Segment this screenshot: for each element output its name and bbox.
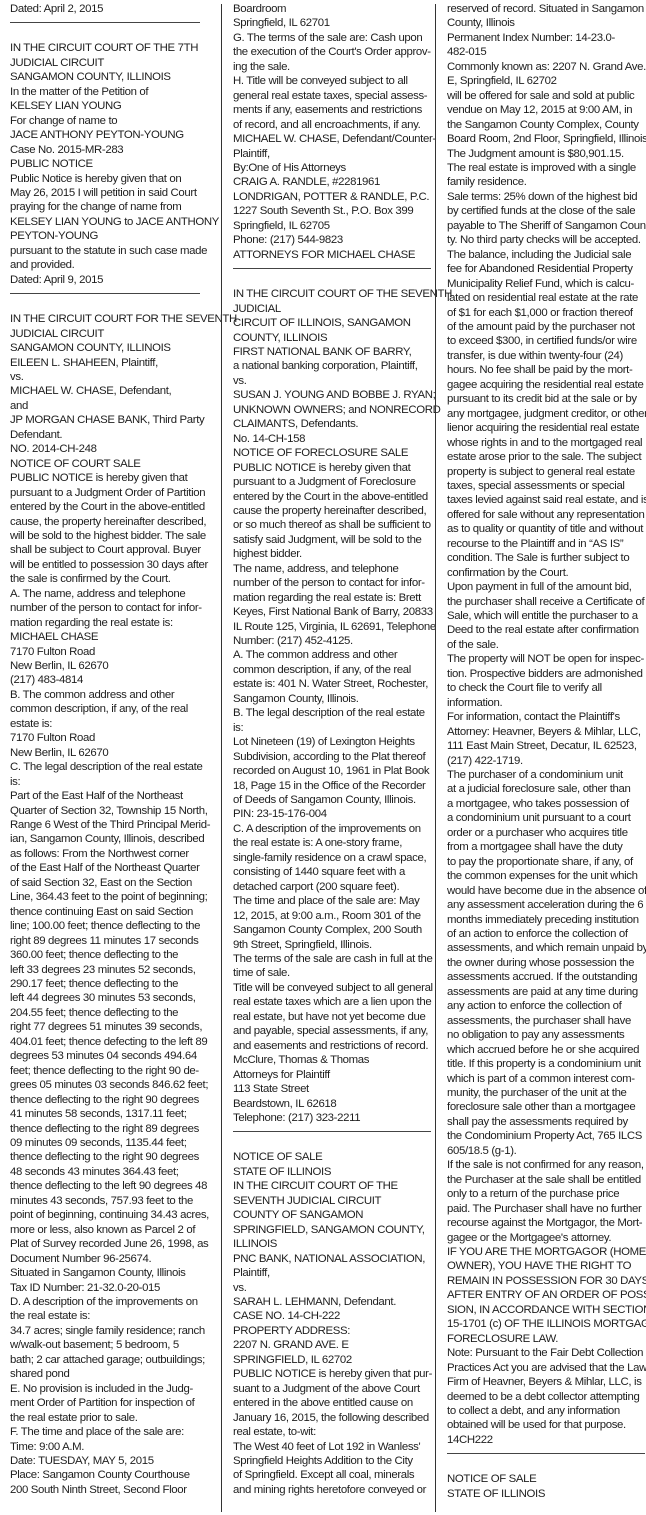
notice-court-sale-shaheen-v-chase: IN THE CIRCUIT COURT FOR THE SEVENTHJUDI… xyxy=(10,312,205,1497)
notice-text-line: paid. The Purchaser shall have no furthe… xyxy=(447,1202,646,1216)
notice-text-line: vs. xyxy=(233,1281,433,1295)
divider-rule xyxy=(10,22,200,23)
notice-text-line: SARAH L. LEHMANN, Defendant. xyxy=(233,1295,433,1309)
notice-text-line: minutes 43 seconds, 757.93 feet to the xyxy=(10,1194,205,1208)
notice-text-line: ment Order of Partition for inspection o… xyxy=(10,1396,205,1410)
notice-text-line: 34.7 acres; single family residence; ran… xyxy=(10,1324,205,1338)
notice-text-line: real estate taxes which are a lien upon … xyxy=(233,995,433,1009)
notice-text-line: fee for Abandoned Residential Property xyxy=(447,262,646,276)
notice-text-line: McClure, Thomas & Thomas xyxy=(233,1053,433,1067)
notice-text-line: OWNER), YOU HAVE THE RIGHT TO xyxy=(447,1259,646,1273)
notice-text-line: STATE OF ILLINOIS xyxy=(233,1165,433,1179)
notice-text-line: Springfield, IL 62705 xyxy=(233,219,433,233)
notice-text-line: PUBLIC NOTICE is hereby given that xyxy=(10,471,205,485)
notice-text-line: common description, if any, of the real xyxy=(233,663,433,677)
notice-text-line: will be entitled to possession 30 days a… xyxy=(10,558,205,572)
notice-text-line: IN THE CIRCUIT COURT FOR THE SEVENTH xyxy=(10,312,205,326)
notice-text-line: The Judgment amount is $80,901.15. xyxy=(447,147,646,161)
notice-text-line: the Sangamon County Complex, County xyxy=(447,118,646,132)
notice-text-line: detached carport (200 square feet). xyxy=(233,880,433,894)
notice-text-line: JP MORGAN CHASE BANK, Third Party xyxy=(10,413,205,427)
notice-text-line: JUDICIAL CIRCUIT xyxy=(10,56,205,70)
notice-text-line: the real estate prior to sale. xyxy=(10,1411,205,1425)
notice-text-line: recorded on August 10, 1961 in Plat Book xyxy=(233,764,433,778)
notice-text-line: Keyes, First National Bank of Barry, 208… xyxy=(233,605,433,619)
notice-text-line: LONDRIGAN, POTTER & RANDLE, P.C. xyxy=(233,190,433,204)
notice-text-line: (217) 483-4814 xyxy=(10,673,205,687)
notice-text-line: Lot Nineteen (19) of Lexington Heights xyxy=(233,735,433,749)
legal-notices-page: Dated: April 2, 2015 IN THE CIRCUIT COUR… xyxy=(0,0,646,1515)
notice-text-line: JACE ANTHONY PEYTON-YOUNG xyxy=(10,128,205,142)
notice-text-line: cause, the property hereinafter describe… xyxy=(10,515,205,529)
notice-text-line: A. The name, address and telephone xyxy=(10,587,205,601)
notice-text-line: more or less, also known as Parcel 2 of xyxy=(10,1223,205,1237)
notice-text-line: F. The time and place of the sale are: xyxy=(10,1425,205,1439)
notice-text-line: 09 minutes 09 seconds, 1135.44 feet; xyxy=(10,1136,205,1150)
notice-text-line: SEVENTH JUDICIAL CIRCUIT xyxy=(233,1194,433,1208)
notice-text-line: 2207 N. GRAND AVE. E xyxy=(233,1338,433,1352)
notice-text-line: suant to a Judgment of the above Court xyxy=(233,1382,433,1396)
notice-text-line: 1227 South Seventh St., P.O. Box 399 xyxy=(233,204,433,218)
notice-text-line: 204.55 feet; thence deflecting to the xyxy=(10,1006,205,1020)
notice-text-line: thence continuing East on said Section xyxy=(10,905,205,919)
notice-text-line: pursuant to a Judgment of Foreclosure xyxy=(233,475,433,489)
notice-text-line: Note: Pursuant to the Fair Debt Collecti… xyxy=(447,1346,646,1360)
notice-text-line: Deed to the real estate after confirmati… xyxy=(447,623,646,637)
notice-text-line: vs. xyxy=(10,370,205,384)
notice-text-line: KELSEY LIAN YOUNG to JACE ANTHONY xyxy=(10,215,205,229)
notice-text-line: Place: Sangamon County Courthouse xyxy=(10,1468,205,1482)
notice-text-line: The time and place of the sale are: May xyxy=(233,894,433,908)
notice-text-line: mation regarding the real estate is: Bre… xyxy=(233,591,433,605)
notice-text-line: Subdivision, according to the Plat there… xyxy=(233,750,433,764)
notice-text-line: 404.01 feet; thence defecting to the lef… xyxy=(10,1035,205,1049)
notice-text-line: assessments, the purchaser shall have xyxy=(447,1014,646,1028)
divider-rule xyxy=(233,268,431,269)
notice-text-line: a mortgagee, who takes possession of xyxy=(447,797,646,811)
notice-text-line: EILEEN L. SHAHEEN, Plaintiff, xyxy=(10,356,205,370)
notice-text-line: New Berlin, IL 62670 xyxy=(10,746,205,760)
notice-text-line: SANGAMON COUNTY, ILLINOIS xyxy=(10,70,205,84)
notice-text-line: of the amount paid by the purchaser not xyxy=(447,320,646,334)
notice-text-line: May 26, 2015 I will petition in said Cou… xyxy=(10,186,205,200)
notice-text-line: vs. xyxy=(233,374,433,388)
notice-text-line: to collect a debt, and any information xyxy=(447,1404,646,1418)
notice-text-line: 111 East Main Street, Decatur, IL 62523, xyxy=(447,739,646,753)
column-3: reserved of record. Situated in Sangamon… xyxy=(435,4,646,1512)
notice-text-line: from a mortgagee shall have the duty xyxy=(447,840,646,854)
notice-text-line: IN THE CIRCUIT COURT OF THE 7TH xyxy=(10,41,205,55)
notice-text-line: NOTICE OF FORECLOSURE SALE xyxy=(233,446,433,460)
notice-text-line: ty. No third party checks will be accept… xyxy=(447,233,646,247)
notice-text-line: pursuant to a Judgment Order of Partitio… xyxy=(10,486,205,500)
notice-text-line: pursuant to the statute in such case mad… xyxy=(10,244,205,258)
notice-text-line: offered for sale without any representat… xyxy=(447,508,646,522)
notice-text-line: Sale, which will entitle the purchaser t… xyxy=(447,609,646,623)
notice-text-line: tion. Prospective bidders are admonished xyxy=(447,667,646,681)
notice-text-line: County, Illinois xyxy=(447,16,646,30)
notice-text-line: For information, contact the Plaintiff's xyxy=(447,710,646,724)
notice-text-line: which is part of a common interest com- xyxy=(447,1072,646,1086)
notice-text-line: entered by the Court in the above-entitl… xyxy=(10,500,205,514)
notice-text-line: will be sold to the highest bidder. The … xyxy=(10,529,205,543)
notice-text-line: NOTICE OF COURT SALE xyxy=(10,457,205,471)
notice-text-line: IN THE CIRCUIT COURT OF THE SEVENTH xyxy=(233,287,433,301)
notice-text-line: number of the person to contact for info… xyxy=(10,601,205,615)
notice-text-line: COUNTY, ILLINOIS xyxy=(233,331,433,345)
notice-court-sale-continued: BoardroomSpringfield, IL 62701G. The ter… xyxy=(233,2,433,262)
notice-text-line: JUDICIAL xyxy=(233,302,433,316)
notice-text-line: reserved of record. Situated in Sangamon xyxy=(447,2,646,16)
notice-text-line: E. No provision is included in the Judg- xyxy=(10,1382,205,1396)
notice-text-line: New Berlin, IL 62670 xyxy=(10,659,205,673)
notice-text-line: Title will be conveyed subject to all ge… xyxy=(233,981,433,995)
notice-text-line: 7170 Fulton Road xyxy=(10,645,205,659)
notice-text-line: PROPERTY ADDRESS: xyxy=(233,1324,433,1338)
notice-text-line: point of beginning, continuing 34.43 acr… xyxy=(10,1208,205,1222)
divider-rule xyxy=(447,1453,645,1454)
notice-text-line: A. The common address and other xyxy=(233,648,433,662)
notice-text-line: recourse to the Plaintiff and in “AS IS” xyxy=(447,537,646,551)
notice-text-line: IF YOU ARE THE MORTGAGOR (HOME- xyxy=(447,1245,646,1259)
notice-text-line: entered in the above entitled cause on xyxy=(233,1396,433,1410)
notice-text-line: Sangamon County, Illinois. xyxy=(233,692,433,706)
notice-text-line: left 44 degrees 30 minutes 53 seconds, xyxy=(10,991,205,1005)
notice-text-line: praying for the change of name from xyxy=(10,200,205,214)
divider-rule xyxy=(233,1131,431,1132)
notice-text-line: recourse against the Mortgagor, the Mort… xyxy=(447,1216,646,1230)
notice-text-line: Part of the East Half of the Northeast xyxy=(10,789,205,803)
notice-text-line: of Springfield. Except all coal, mineral… xyxy=(233,1468,433,1482)
notice-text-line: to exceed $300, in certified funds/or wi… xyxy=(447,334,646,348)
notice-text-line: of the sale. xyxy=(447,638,646,652)
notice-text-line: or so much thereof as shall be sufficien… xyxy=(233,518,433,532)
divider-rule xyxy=(10,293,200,294)
notice-text-line: property is subject to general real esta… xyxy=(447,465,646,479)
notice-text-line: Commonly known as: 2207 N. Grand Ave. xyxy=(447,60,646,74)
notice-text-line: any mortgagee, judgment creditor, or oth… xyxy=(447,407,646,421)
notice-text-line: MICHAEL CHASE xyxy=(10,630,205,644)
notice-text-line: of the East Half of the Northeast Quarte… xyxy=(10,861,205,875)
notice-sale-pnc-v-lehmann-continued: reserved of record. Situated in Sangamon… xyxy=(447,2,646,1447)
notice-text-line: estate arose prior to the sale. The subj… xyxy=(447,450,646,464)
notice-text-line: Number: (217) 452-4125. xyxy=(233,634,433,648)
notice-text-line: Firm of Heavner, Beyers & Mihlar, LLC, i… xyxy=(447,1375,646,1389)
notice-text-line: UNKNOWN OWNERS; and NONRECORD xyxy=(233,403,433,417)
notice-text-line: NOTICE OF SALE xyxy=(447,1472,646,1486)
notice-text-line: Attorney: Heavner, Beyers & Mihlar, LLC, xyxy=(447,725,646,739)
notice-text-line: highest bidder. xyxy=(233,547,433,561)
notice-text-line: the common expenses for the unit which xyxy=(447,869,646,883)
notice-text-line: 18, Page 15 in the Office of the Recorde… xyxy=(233,779,433,793)
notice-text-line: Date: TUESDAY, MAY 5, 2015 xyxy=(10,1454,205,1468)
notice-text-line: KELSEY LIAN YOUNG xyxy=(10,99,205,113)
notice-text-line: right 77 degrees 51 minutes 39 seconds, xyxy=(10,1020,205,1034)
notice-text-line: Plaintiff, xyxy=(233,1266,433,1280)
notice-text-line: Springfield Heights Addition to the City xyxy=(233,1454,433,1468)
notice-text-line: PUBLIC NOTICE is hereby given that pur- xyxy=(233,1367,433,1381)
notice-text-line: obtained will be used for that purpose. xyxy=(447,1418,646,1432)
notice-text-line: Permanent Index Number: 14-23.0- xyxy=(447,31,646,45)
notice-text-line: hours. No fee shall be paid by the mort- xyxy=(447,363,646,377)
column-1: Dated: April 2, 2015 IN THE CIRCUIT COUR… xyxy=(10,2,205,1497)
notice-text-line: E, Springfield, IL 62702 xyxy=(447,74,646,88)
notice-text-line: (217) 422-1719. xyxy=(447,754,646,768)
notice-text-line: and payable, special assessments, if any… xyxy=(233,1024,433,1038)
notice-text-line: ian, Sangamon County, Illinois, describe… xyxy=(10,832,205,846)
notice-text-line: MICHAEL W. CHASE, Defendant, xyxy=(10,384,205,398)
notice-text-line: 15-1701 (c) OF THE ILLINOIS MORTGAGE xyxy=(447,1317,646,1331)
notice-foreclosure-first-national-bank-barry: IN THE CIRCUIT COURT OF THE SEVENTHJUDIC… xyxy=(233,287,433,1125)
notice-text-line: Document Number 96-25674. xyxy=(10,1252,205,1266)
notice-text-line: no obligation to pay any assessments xyxy=(447,1028,646,1042)
notice-text-line: gagee or the Mortgagee's attorney. xyxy=(447,1231,646,1245)
notice-text-line: thence deflecting to the right 90 degree… xyxy=(10,1150,205,1164)
notice-text-line: C. A description of the improvements on xyxy=(233,822,433,836)
notice-text-line: NO. 2014-CH-248 xyxy=(10,442,205,456)
notice-text-line: right 89 degrees 11 minutes 17 seconds xyxy=(10,934,205,948)
notice-text-line: order or a purchaser who acquires title xyxy=(447,826,646,840)
notice-text-line: real estate, but have not yet become due xyxy=(233,1010,433,1024)
notice-text-line: The property will NOT be open for inspec… xyxy=(447,652,646,666)
notice-text-line: pursuant to its credit bid at the sale o… xyxy=(447,392,646,406)
notice-text-line: JUDICIAL CIRCUIT xyxy=(10,327,205,341)
notice-text-line: which accrued before he or she acquired xyxy=(447,1043,646,1057)
notice-text-line: D. A description of the improvements on xyxy=(10,1295,205,1309)
notice-text-line: 290.17 feet; thence deflecting to the xyxy=(10,977,205,991)
notice-text-line: COUNTY OF SANGAMON xyxy=(233,1208,433,1222)
notice-text-line: Practices Act you are advised that the L… xyxy=(447,1361,646,1375)
notice-text-line: a national banking corporation, Plaintif… xyxy=(233,359,433,373)
notice-text-line: SPRINGFIELD, IL 62702 xyxy=(233,1353,433,1367)
notice-text-line: cause the property hereinafter described… xyxy=(233,504,433,518)
notice-text-line: shall be subject to Court approval. Buye… xyxy=(10,543,205,557)
notice-text-line: 482-015 xyxy=(447,45,646,59)
notice-text-line: IN THE CIRCUIT COURT OF THE xyxy=(233,1179,433,1193)
notice-text-line: the real estate is: xyxy=(10,1309,205,1323)
notice-text-line: the purchaser shall receive a Certificat… xyxy=(447,595,646,609)
notice-text-line: The purchaser of a condominium unit xyxy=(447,768,646,782)
notice-text-line: By:One of His Attorneys xyxy=(233,161,433,175)
notice-text-line: real estate, to-wit: xyxy=(233,1425,433,1439)
notice-text-line: Telephone: (217) 323-2211 xyxy=(233,1111,433,1125)
notice-text-line: of Deeds of Sangamon County, Illinois. xyxy=(233,793,433,807)
notice-text-line: title. If this property is a condominium… xyxy=(447,1057,646,1071)
notice-text-line: general real estate taxes, special asses… xyxy=(233,89,433,103)
notice-text-line: estate is: 401 N. Water Street, Rocheste… xyxy=(233,677,433,691)
notice-sale-pnc-v-lehmann: NOTICE OF SALESTATE OF ILLINOISIN THE CI… xyxy=(233,1150,433,1497)
notice-text-line: lated on residential real estate at the … xyxy=(447,291,646,305)
notice-text-line: line; 100.00 feet; thence deflecting to … xyxy=(10,919,205,933)
notice-text-line: assessments accrued. If the outstanding xyxy=(447,970,646,984)
notice-text-line: Springfield, IL 62701 xyxy=(233,16,433,30)
notice-text-line: degrees 53 minutes 04 seconds 494.64 xyxy=(10,1049,205,1063)
notice-text-line: would have become due in the absence of xyxy=(447,884,646,898)
notice-text-line: thence deflecting to the right 90 degree… xyxy=(10,1093,205,1107)
notice-text-line: The balance, including the Judicial sale xyxy=(447,248,646,262)
notice-text-line: ments if any, easements and restrictions xyxy=(233,103,433,117)
notice-text-line: 48 seconds 43 minutes 364.43 feet; xyxy=(10,1165,205,1179)
notice-text-line: any action to enforce the collection of xyxy=(447,999,646,1013)
notice-text-line: confirmation by the Court. xyxy=(447,566,646,580)
notice-text-line: the real estate is: A one-story frame, xyxy=(233,836,433,850)
notice-text-line: of said Section 32, East on the Section xyxy=(10,876,205,890)
notice-text-line: as to quality or quantity of title and w… xyxy=(447,522,646,536)
notice-text-line: Case No. 2015-MR-283 xyxy=(10,143,205,157)
notice-text-line: 14CH222 xyxy=(447,1433,646,1447)
notice-text-line: G. The terms of the sale are: Cash upon xyxy=(233,31,433,45)
notice-text-line: 9th Street, Springfield, Illinois. xyxy=(233,938,433,952)
notice-text-line: assessments are paid at any time during xyxy=(447,985,646,999)
notice-text-line: w/walk-out basement; 5 bedroom, 5 xyxy=(10,1338,205,1352)
notice-text-line: munity, the purchaser of the unit at the xyxy=(447,1086,646,1100)
notice-text-line: C. The legal description of the real est… xyxy=(10,760,205,774)
notice-text-line: Quarter of Section 32, Township 15 North… xyxy=(10,804,205,818)
notice-text-line: MICHAEL W. CHASE, Defendant/Counter- xyxy=(233,132,433,146)
notice-text-line: at a judicial foreclosure sale, other th… xyxy=(447,782,646,796)
notice-text-line: CRAIG A. RANDLE, #2281961 xyxy=(233,175,433,189)
notice-text-line: PUBLIC NOTICE xyxy=(10,157,205,171)
notice-text-line: Range 6 West of the Third Principal Meri… xyxy=(10,818,205,832)
notice-text-line: SION, IN ACCORDANCE WITH SECTION xyxy=(447,1303,646,1317)
notice-text-line: the Purchaser at the sale shall be entit… xyxy=(447,1173,646,1187)
notice-text-line: mation regarding the real estate is: xyxy=(10,616,205,630)
notice-text-line: time of sale. xyxy=(233,966,433,980)
notice-text-line: whose rights in and to the mortgaged rea… xyxy=(447,436,646,450)
notice-text-line: Plat of Survey recorded June 26, 1998, a… xyxy=(10,1237,205,1251)
notice-text-line: 41 minutes 58 seconds, 1317.11 feet; xyxy=(10,1107,205,1121)
notice-text-line: bath; 2 car attached garage; outbuilding… xyxy=(10,1353,205,1367)
notice-text-line: PUBLIC NOTICE is hereby given that xyxy=(233,461,433,475)
notice-text-line: 12, 2015, at 9:00 a.m., Room 301 of the xyxy=(233,909,433,923)
notice-text-line: The real estate is improved with a singl… xyxy=(447,161,646,175)
notice-text-line: will be offered for sale and sold at pub… xyxy=(447,89,646,103)
notice-text-line: grees 05 minutes 03 seconds 846.62 feet; xyxy=(10,1078,205,1092)
notice-text-line: of $1 for each $1,000 or fraction thereo… xyxy=(447,306,646,320)
notice-text-line: assessments, and which remain unpaid by xyxy=(447,941,646,955)
notice-text-line: ing the sale. xyxy=(233,60,433,74)
notice-text-line: SUSAN J. YOUNG AND BOBBE J. RYAN; xyxy=(233,388,433,402)
notice-text-line: condition. The Sale is further subject t… xyxy=(447,551,646,565)
notice-text-line: PEYTON-YOUNG xyxy=(10,229,205,243)
notice-text-line: shared pond xyxy=(10,1367,205,1381)
notice-text-line: is: xyxy=(10,775,205,789)
notice-text-line: If the sale is not confirmed for any rea… xyxy=(447,1158,646,1172)
notice-text-line: AFTER ENTRY OF AN ORDER OF POSSES- xyxy=(447,1288,646,1302)
notice-text-line: NOTICE OF SALE xyxy=(233,1150,433,1164)
notice-text-line: 360.00 feet; thence deflecting to the xyxy=(10,948,205,962)
notice-text-line: information. xyxy=(447,696,646,710)
notice-text-line: Plaintiff, xyxy=(233,147,433,161)
notice-text-line: The name, address, and telephone xyxy=(233,562,433,576)
notice-of-sale-next: NOTICE OF SALESTATE OF ILLINOIS xyxy=(447,1472,646,1501)
notice-text-line: Situated in Sangamon County, Illinois xyxy=(10,1266,205,1280)
notice-text-line: foreclosure sale other than a mortgagee xyxy=(447,1100,646,1114)
notice-text-line: Dated: April 9, 2015 xyxy=(10,273,205,287)
notice-text-line: thence deflecting to the left 90 degrees… xyxy=(10,1179,205,1193)
notice-text-line: and provided. xyxy=(10,258,205,272)
notice-text-line: payable to The Sheriff of Sangamon Coun- xyxy=(447,219,646,233)
notice-text-line: Public Notice is hereby given that on xyxy=(10,172,205,186)
notice-text-line: as follows: From the Northwest corner xyxy=(10,847,205,861)
notice-text-line: 200 South Ninth Street, Second Floor xyxy=(10,1483,205,1497)
notice-text-line: CASE NO. 14-CH-222 xyxy=(233,1309,433,1323)
notice-text-line: ATTORNEYS FOR MICHAEL CHASE xyxy=(233,248,433,262)
notice-dated-april-2: Dated: April 2, 2015 xyxy=(10,2,205,16)
notice-text-line: 7170 Fulton Road xyxy=(10,731,205,745)
notice-text-line: The West 40 feet of Lot 192 in Wanless' xyxy=(233,1440,433,1454)
notice-text-line: left 33 degrees 23 minutes 52 seconds, xyxy=(10,963,205,977)
notice-text-line: family residence. xyxy=(447,175,646,189)
notice-text-line: PNC BANK, NATIONAL ASSOCIATION, xyxy=(233,1252,433,1266)
notice-text-line: a condominium unit pursuant to a court xyxy=(447,811,646,825)
notice-text-line: Boardroom xyxy=(233,2,433,16)
notice-text-line: STATE OF ILLINOIS xyxy=(447,1487,646,1501)
notice-text-line: Tax ID Number: 21-32.0-20-015 xyxy=(10,1281,205,1295)
notice-text-line: feet; thence deflecting to the right 90 … xyxy=(10,1064,205,1078)
notice-text-line: the execution of the Court's Order appro… xyxy=(233,45,433,59)
notice-text-line: and mining rights heretofore conveyed or xyxy=(233,1483,433,1497)
notice-text-line: SPRINGFIELD, SANGAMON COUNTY, xyxy=(233,1223,433,1237)
notice-text-line: to check the Court file to verify all xyxy=(447,681,646,695)
notice-text-line: Line, 364.43 feet to the point of beginn… xyxy=(10,890,205,904)
notice-text-line: and easements and restrictions of record… xyxy=(233,1039,433,1053)
notice-name-change-young: IN THE CIRCUIT COURT OF THE 7THJUDICIAL … xyxy=(10,41,205,287)
notice-text-line: common description, if any, of the real xyxy=(10,702,205,716)
notice-text-line: CLAIMANTS, Defendants. xyxy=(233,417,433,431)
notice-text-line: thence deflecting to the right 89 degree… xyxy=(10,1122,205,1136)
notice-text-line: Beardstown, IL 62618 xyxy=(233,1097,433,1111)
notice-text-line: Time: 9:00 A.M. xyxy=(10,1440,205,1454)
notice-text-line: of an action to enforce the collection o… xyxy=(447,927,646,941)
notice-text-line: In the matter of the Petition of xyxy=(10,85,205,99)
notice-text-line: PIN: 23-15-176-004 xyxy=(233,807,433,821)
notice-text-line: Sale terms: 25% down of the highest bid xyxy=(447,190,646,204)
notice-text-line: of record, and all encroachments, if any… xyxy=(233,118,433,132)
notice-text-line: Defendant. xyxy=(10,428,205,442)
notice-text-line: January 16, 2015, the following describe… xyxy=(233,1411,433,1425)
notice-text-line: deemed to be a debt collector attempting xyxy=(447,1390,646,1404)
notice-text-line: No. 14-CH-158 xyxy=(233,432,433,446)
notice-text-line: SANGAMON COUNTY, ILLINOIS xyxy=(10,341,205,355)
notice-text-line: For change of name to xyxy=(10,114,205,128)
notice-text-line: REMAIN IN POSSESSION FOR 30 DAYS xyxy=(447,1274,646,1288)
notice-text-line: the sale is confirmed by the Court. xyxy=(10,572,205,586)
notice-text-line: estate is: xyxy=(10,717,205,731)
notice-text-line: the Condominium Property Act, 765 ILCS xyxy=(447,1129,646,1143)
notice-text-line: by certified funds at the close of the s… xyxy=(447,204,646,218)
notice-text-line: Municipality Relief Fund, which is calcu… xyxy=(447,277,646,291)
notice-text-line: FIRST NATIONAL BANK OF BARRY, xyxy=(233,345,433,359)
notice-text-line: Attorneys for Plaintiff xyxy=(233,1068,433,1082)
notice-text-line: gagee acquiring the residential real est… xyxy=(447,378,646,392)
notice-text-line: the owner during whose possession the xyxy=(447,956,646,970)
notice-text-line: 605/18.5 (g-1). xyxy=(447,1144,646,1158)
notice-text-line: B. The legal description of the real est… xyxy=(233,706,433,720)
notice-text-line: IL Route 125, Virginia, IL 62691, Teleph… xyxy=(233,620,433,634)
notice-text-line: to pay the proportionate share, if any, … xyxy=(447,855,646,869)
notice-text-line: consisting of 1440 square feet with a xyxy=(233,865,433,879)
notice-text-line: B. The common address and other xyxy=(10,688,205,702)
notice-text-line: Phone: (217) 544-9823 xyxy=(233,233,433,247)
notice-text-line: The terms of the sale are cash in full a… xyxy=(233,952,433,966)
notice-text-line: any assessment acceleration during the 6 xyxy=(447,898,646,912)
notice-text-line: number of the person to contact for info… xyxy=(233,576,433,590)
notice-text-line: taxes, special assessments or special xyxy=(447,479,646,493)
notice-text-line: CIRCUIT OF ILLINOIS, SANGAMON xyxy=(233,316,433,330)
notice-text-line: H. Title will be conveyed subject to all xyxy=(233,74,433,88)
notice-text-line: Sangamon County Complex, 200 South xyxy=(233,923,433,937)
